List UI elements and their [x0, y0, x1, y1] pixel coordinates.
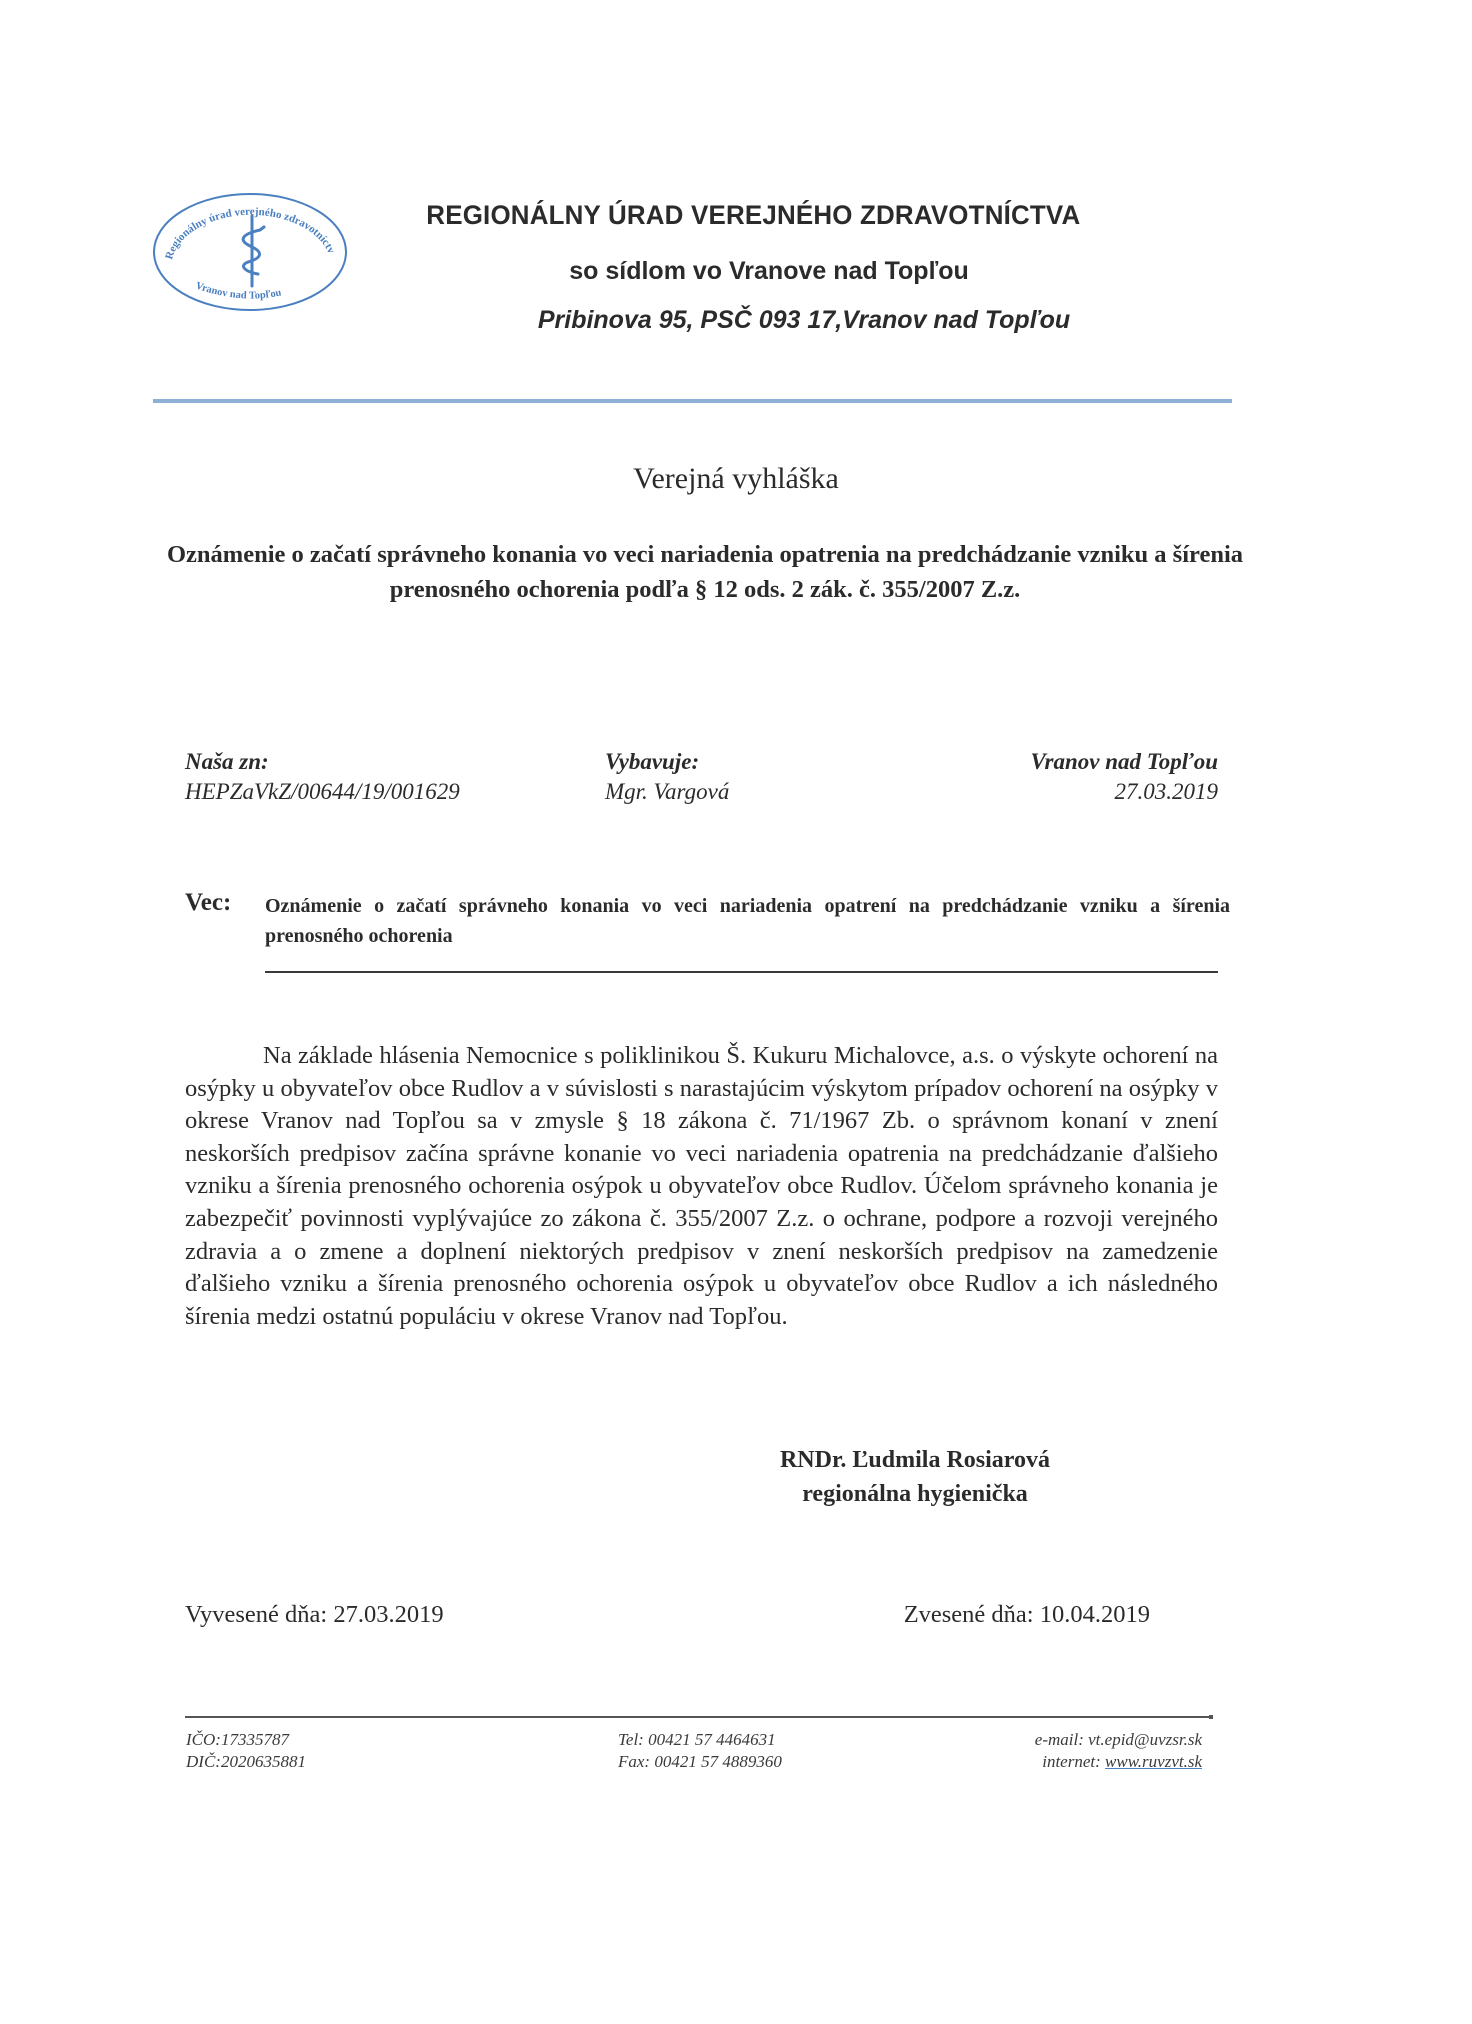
- handled-by-value: Mgr. Vargová: [605, 777, 729, 807]
- subject-label: Vec:: [185, 889, 231, 917]
- signature-block: RNDr. Ľudmila Rosiarová regionálna hygie…: [760, 1443, 1070, 1511]
- dic: DIČ:2020635881: [186, 1751, 306, 1773]
- institution-logo: Regionálny úrad verejného zdravotníctva …: [150, 190, 350, 314]
- email-line: e-mail: vt.epid@uvzsr.sk: [880, 1729, 1202, 1751]
- place: Vranov nad Topľou: [900, 747, 1218, 777]
- footer-divider: [185, 1716, 1210, 1718]
- fax: Fax: 00421 57 4889360: [618, 1751, 782, 1773]
- posted-date: Vyvesené dňa: 27.03.2019: [185, 1601, 444, 1629]
- telephone: Tel: 00421 57 4464631: [618, 1729, 782, 1751]
- our-reference-value: HEPZaVkZ/00644/19/001629: [185, 777, 460, 807]
- logo-city-text: Vranov nad Topľou: [194, 280, 282, 301]
- footer-phones: Tel: 00421 57 4464631 Fax: 00421 57 4889…: [618, 1729, 782, 1773]
- signatory-name: RNDr. Ľudmila Rosiarová: [760, 1443, 1070, 1477]
- website-link[interactable]: www.ruvzvt.sk: [1105, 1752, 1202, 1771]
- svg-text:Vranov nad Topľou: Vranov nad Topľou: [194, 280, 282, 301]
- body-paragraph: Na základe hlásenia Nemocnice s poliklin…: [185, 1040, 1218, 1333]
- email-address[interactable]: vt.epid@uvzsr.sk: [1088, 1730, 1202, 1749]
- logo-ring-text: Regionálny úrad verejného zdravotníctva: [150, 190, 337, 261]
- place-date: Vranov nad Topľou 27.03.2019: [900, 747, 1218, 807]
- body-text: Na základe hlásenia Nemocnice s poliklin…: [185, 1040, 1218, 1333]
- document-title: Verejná vyhláška: [0, 462, 1472, 496]
- document-date: 27.03.2019: [900, 777, 1218, 807]
- handled-by-label: Vybavuje:: [605, 747, 729, 777]
- signatory-role: regionálna hygienička: [760, 1477, 1070, 1511]
- website-line: internet: www.ruvzvt.sk: [880, 1751, 1202, 1773]
- our-reference: Naša zn: HEPZaVkZ/00644/19/001629: [185, 747, 460, 807]
- subject-divider: [265, 971, 1218, 973]
- handled-by: Vybavuje: Mgr. Vargová: [605, 747, 729, 807]
- footer-contacts: e-mail: vt.epid@uvzsr.sk internet: www.r…: [880, 1729, 1202, 1773]
- document-subtitle: Oznámenie o začatí správneho konania vo …: [150, 537, 1260, 607]
- ico: IČO:17335787: [186, 1729, 306, 1751]
- removed-date: Zvesené dňa: 10.04.2019: [870, 1601, 1150, 1629]
- svg-text:Regionálny úrad verejného zdra: Regionálny úrad verejného zdravotníctva: [150, 190, 337, 261]
- org-seat: so sídlom vo Vranove nad Topľou: [378, 257, 1160, 286]
- footer-ids: IČO:17335787 DIČ:2020635881: [186, 1729, 306, 1773]
- email-label: e-mail:: [1035, 1730, 1084, 1749]
- subject-text: Oznámenie o začatí správneho konania vo …: [265, 891, 1230, 951]
- caduceus-staff-icon: [243, 216, 264, 286]
- header-divider: [153, 399, 1232, 403]
- our-reference-label: Naša zn:: [185, 747, 460, 777]
- org-address: Pribinova 95, PSČ 093 17,Vranov nad Topľ…: [378, 306, 1230, 335]
- website-label: internet:: [1042, 1752, 1101, 1771]
- org-name: REGIONÁLNY ÚRAD VEREJNÉHO ZDRAVOTNÍCTVA: [378, 200, 1129, 231]
